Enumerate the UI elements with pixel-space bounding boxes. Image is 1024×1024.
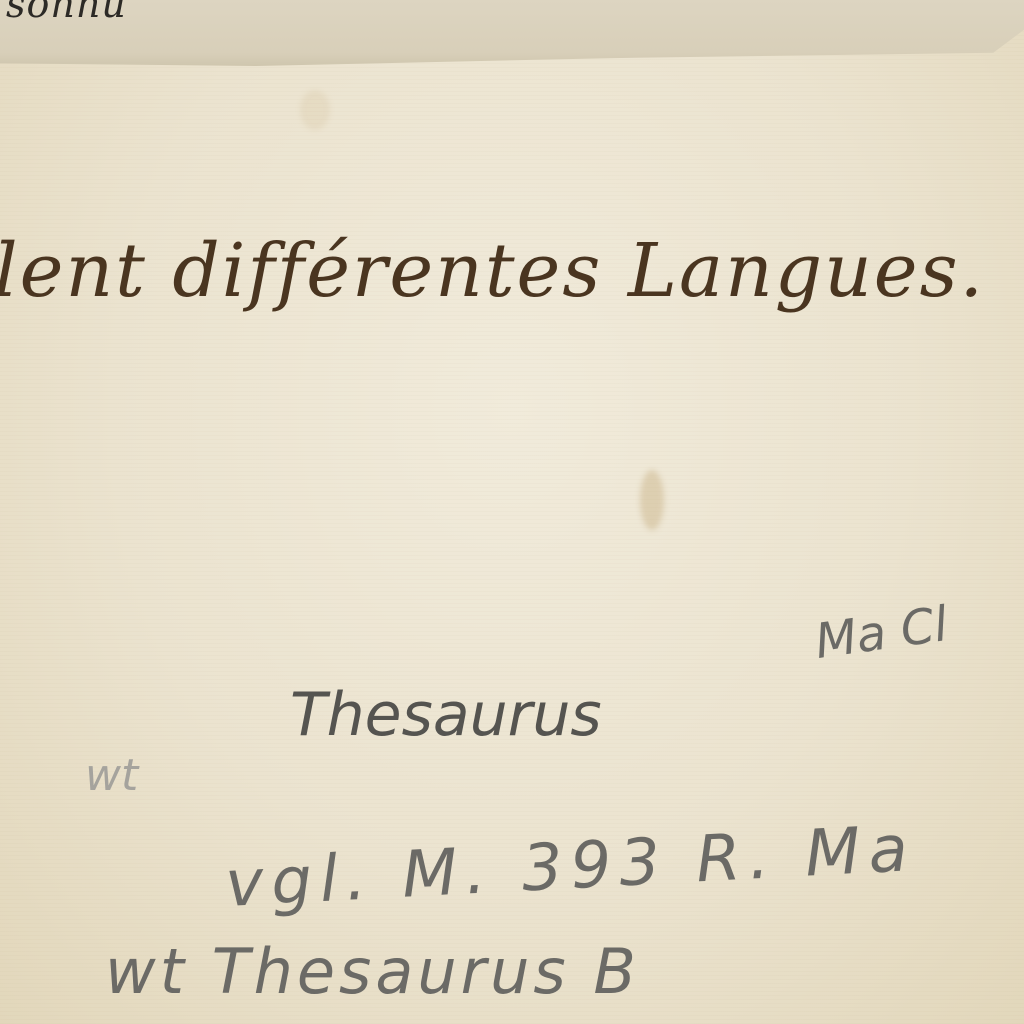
pencil-margin-note: wt	[85, 750, 138, 801]
paper-stain	[300, 90, 330, 130]
pencil-note-bottom: wt Thesaurus B	[105, 935, 640, 1008]
main-ink-handwriting: lent différentes Langues.	[0, 228, 985, 314]
paper-stain	[640, 470, 664, 530]
top-text-fragment: sonnu	[6, 0, 127, 26]
pencil-note-thesaurus: Thesaurus	[290, 680, 602, 750]
